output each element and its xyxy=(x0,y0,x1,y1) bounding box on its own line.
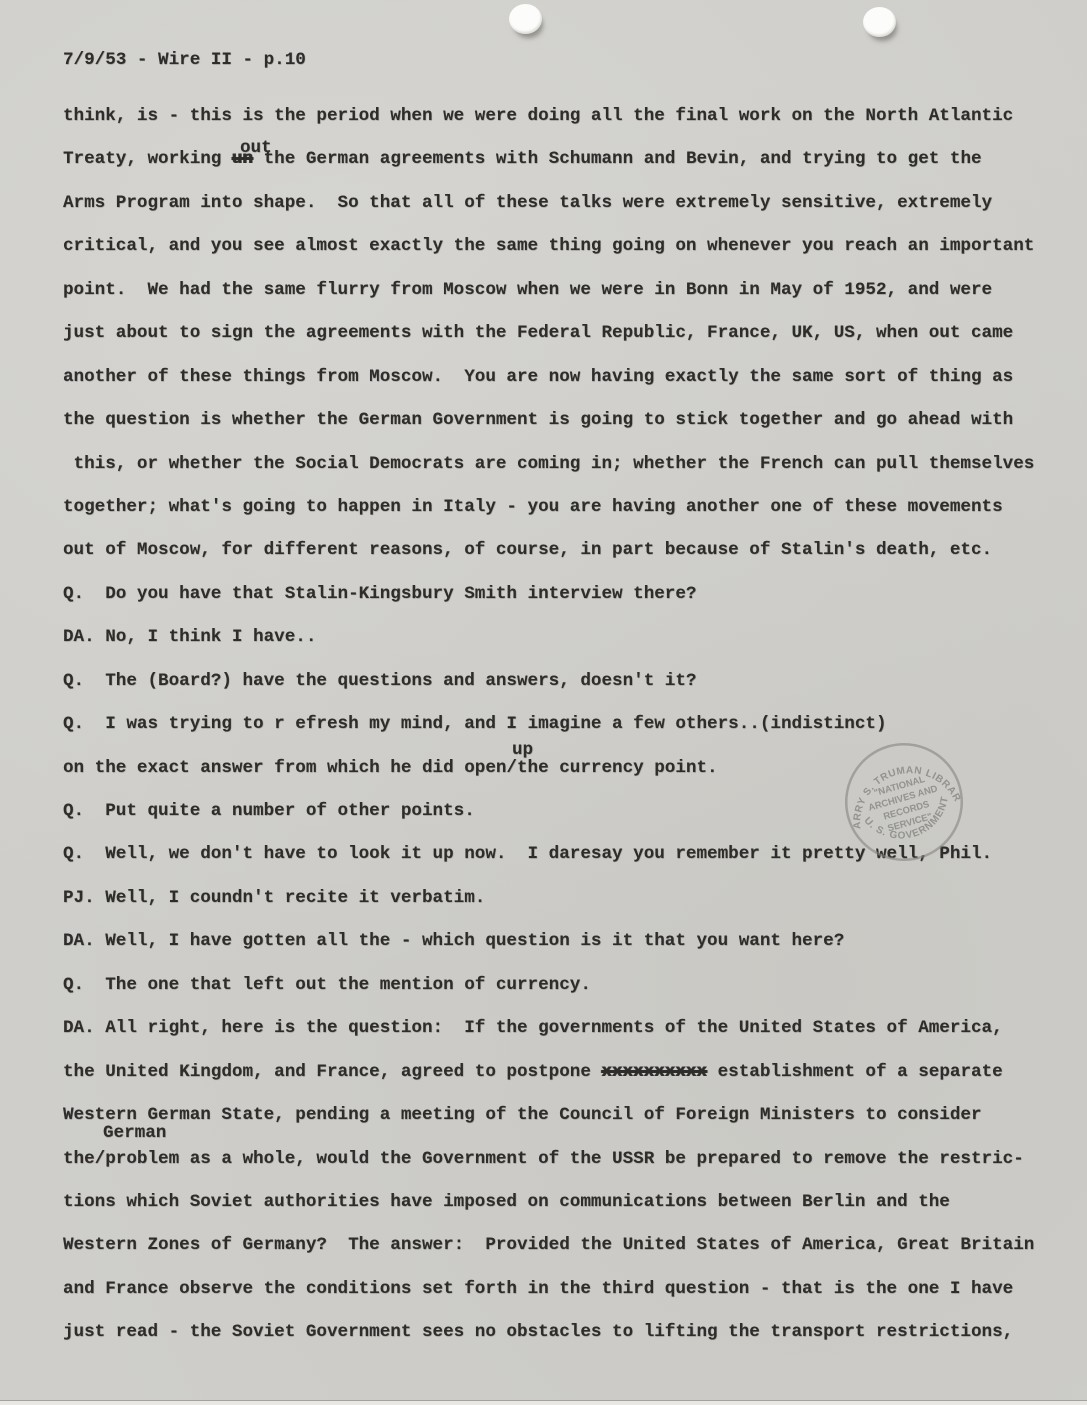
text-line: another of these things from Moscow. You… xyxy=(63,367,1073,410)
text-line: think, is - this is the period when we w… xyxy=(63,106,1073,149)
interlinear-insertion-german: German xyxy=(103,1123,166,1143)
text-line-question: Q. The (Board?) have the questions and a… xyxy=(63,671,1073,714)
text-line-answer-da: DA. All right, here is the question: If … xyxy=(63,1018,1073,1061)
text-line: the United Kingdom, and France, agreed t… xyxy=(63,1062,1073,1105)
text-line: together; what's going to happen in Ital… xyxy=(63,497,1073,540)
punch-hole-right xyxy=(863,7,896,37)
text-line: this, or whether the Social Democrats ar… xyxy=(63,454,1073,497)
text-line-answer-da: DA. Well, I have gotten all the - which … xyxy=(63,931,1073,974)
text-line-question: Q. The one that left out the mention of … xyxy=(63,975,1073,1018)
text-line-answer-pj: PJ. Well, I coundn't recite it verbatim. xyxy=(63,888,1073,931)
text-line: just about to sign the agreements with t… xyxy=(63,323,1073,366)
text-line: tions which Soviet authorities have impo… xyxy=(63,1192,1073,1235)
struck-out-text: xxxxxxxxxx xyxy=(601,1062,707,1082)
text-line: the/problem as a whole, would the Govern… xyxy=(63,1149,1073,1192)
text-line-question: Q. Do you have that Stalin-Kingsbury Smi… xyxy=(63,584,1073,627)
text-line: just read - the Soviet Government sees n… xyxy=(63,1322,1073,1365)
text-line: Arms Program into shape. So that all of … xyxy=(63,193,1073,236)
text-line: and France observe the conditions set fo… xyxy=(63,1279,1073,1322)
text-line: Western German State, pending a meeting … xyxy=(63,1105,1073,1148)
text-line-answer-da: DA. No, I think I have.. xyxy=(63,627,1073,670)
interlinear-insertion-up: up xyxy=(512,740,533,760)
text-line: out of Moscow, for different reasons, of… xyxy=(63,540,1073,583)
text-line: the question is whether the German Gover… xyxy=(63,410,1073,453)
document-page: 7/9/53 - Wire II - p.10 think, is - this… xyxy=(0,0,1087,1405)
document-body: think, is - this is the period when we w… xyxy=(63,106,1073,1366)
text-line: critical, and you see almost exactly the… xyxy=(63,236,1073,279)
punch-hole-left xyxy=(509,4,542,34)
truman-library-archive-stamp: HARRY S. TRUMAN LIBRARY U. S. GOVERNMENT… xyxy=(841,739,967,865)
interlinear-insertion-out: out xyxy=(240,138,272,158)
page-header: 7/9/53 - Wire II - p.10 xyxy=(63,50,306,70)
text-line: point. We had the same flurry from Mosco… xyxy=(63,280,1073,323)
text-line: Western Zones of Germany? The answer: Pr… xyxy=(63,1235,1073,1278)
text-line: Treaty, working un the German agreements… xyxy=(63,149,1073,192)
